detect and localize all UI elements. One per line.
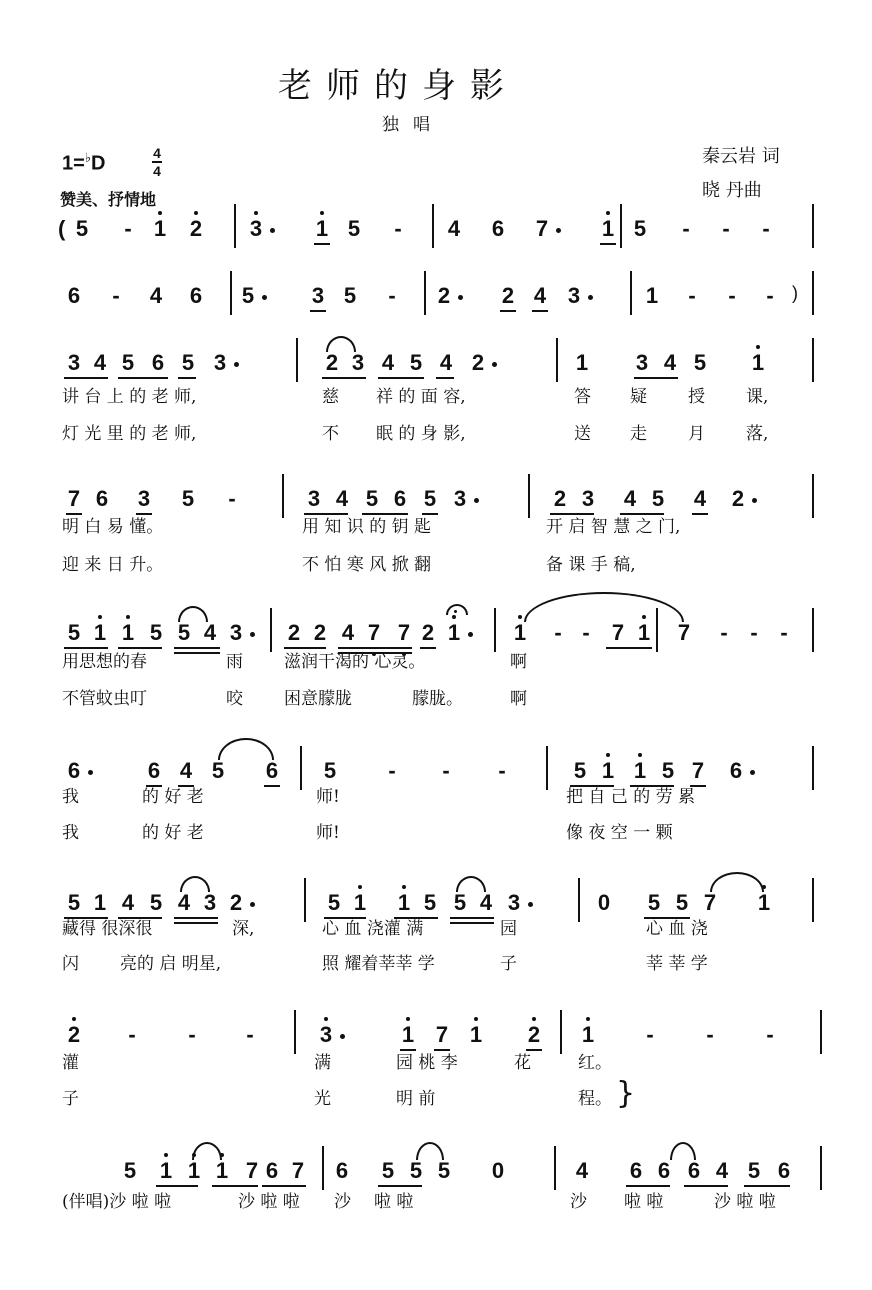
note: 2 [730,488,746,510]
note-digit: 6 [778,1158,790,1183]
lyric-text: 明 白 易 懂。 [62,512,163,537]
lyric-text: 朦胧。 [412,684,463,709]
note-digit: - [682,216,689,241]
note: 2 [312,622,328,644]
note-digit: 3 [320,1022,332,1047]
lyric-text: 沙 [570,1187,587,1212]
note-digit: 6 [68,758,80,783]
note: 1 [600,760,616,782]
eighth-underline [600,243,616,245]
note: 6 [146,760,162,782]
note-digit: 1 [160,1158,172,1183]
note-digit: 1 [752,350,764,375]
note: 1 [400,1024,416,1046]
note-digit: 5 [76,216,88,241]
octave-up-dot [254,211,258,215]
augmentation-dot [474,498,479,503]
note-digit: 1 [470,1022,482,1047]
octave-up-dot [406,1017,410,1021]
note-digit: 1 [316,216,328,241]
note-digit: - [388,283,395,308]
note-digit: 1 [514,620,526,645]
lyric-text: 开 启 智 慧 之 门, [546,512,680,537]
note-digit: 5 [382,1158,394,1183]
note-digit: 1 [582,1022,594,1047]
note-digit: 3 [636,350,648,375]
augmentation-dot [528,902,533,907]
note: 4 [380,352,396,374]
lyric-text: 亮的 启 明星, [120,949,221,974]
note: 1 [186,1160,202,1182]
note-digit: 2 [438,283,450,308]
note-digit: - [388,758,395,783]
octave-up-dot [98,615,102,619]
note: 1 [756,892,772,914]
note-digit: 4 [382,350,394,375]
dash-sustain: - [390,218,406,240]
barline [304,878,306,922]
note-digit: - [442,758,449,783]
note-digit: 6 [266,1158,278,1183]
note-digit: 3 [138,486,150,511]
lyric-text: 慈 [322,382,339,407]
note: 2 [324,352,340,374]
dash-sustain: - [642,1024,658,1046]
slur-arc [710,872,764,892]
barline [270,608,272,652]
note: 5 [66,622,82,644]
note-digit: 6 [152,350,164,375]
note: 5 [572,760,588,782]
note-digit: 6 [68,283,80,308]
octave-up-dot [358,885,362,889]
note: 5 [380,1160,396,1182]
dash-sustain: - [494,760,510,782]
note: 4 [438,352,454,374]
augmentation-dot [250,632,255,637]
note-digit: 4 [178,890,190,915]
note: 2 [526,1024,542,1046]
paren-open: ( [58,216,65,242]
note: 6 [188,285,204,307]
barline [630,271,632,315]
lyric-text: 闪 [62,949,79,974]
note: 4 [714,1160,730,1182]
note: 2 [286,622,302,644]
note-digit: 5 [662,758,674,783]
barline [820,1010,822,1054]
lyric-text: 雨 [226,647,243,672]
note-digit: 1 [398,890,410,915]
note: 3 [248,218,264,240]
note: 3 [506,892,522,914]
note-digit: 3 [230,620,242,645]
barline [528,474,530,518]
lyric-text: 的 好 老 [142,782,204,807]
lyric-text: 备 课 手 稿, [546,550,636,575]
note-digit: 4 [440,350,452,375]
note-digit: - [582,620,589,645]
note: 1 [468,1024,484,1046]
lyric-text: 答 [574,382,591,407]
note: 6 [628,1160,644,1182]
note: 1 [636,622,652,644]
augmentation-dot [270,228,275,233]
lyric-text: 落, [746,419,768,444]
note: 6 [264,1160,280,1182]
note: 4 [574,1160,590,1182]
note: 4 [478,892,494,914]
eighth-underline [314,243,330,245]
slur-arc [416,1142,444,1160]
beam-underline [450,917,494,919]
note: 1 [632,760,648,782]
note: 6 [66,760,82,782]
note: 3 [228,622,244,644]
key-note: D [91,153,105,175]
note-digit: 3 [68,350,80,375]
note: 2 [66,1024,82,1046]
key-signature: 1=♭D [62,150,105,176]
note: 2 [436,285,452,307]
note: 4 [446,218,462,240]
slur-arc [456,876,486,892]
note-digit: 5 [150,890,162,915]
note-digit: 1 [758,890,770,915]
tempo-marking: 赞美、抒情地 [60,187,156,210]
key-prefix: 1= [62,153,85,175]
note-digit: 5 [344,283,356,308]
note: 1 [314,218,330,240]
note-digit: 7 [246,1158,258,1183]
note: 5 [240,285,256,307]
note: 6 [776,1160,792,1182]
dash-sustain: - [224,488,240,510]
lyric-text: 祥 的 面 容, [376,382,466,407]
dash-sustain: - [120,218,136,240]
lyric-text: 照 耀着莘莘 学 [322,949,435,974]
note: 1 [158,1160,174,1182]
beam-underline [606,647,652,649]
note-digit: 5 [648,890,660,915]
lyric-text: 啦 啦 [374,1187,413,1212]
barline [812,608,814,652]
note-digit: 1 [122,620,134,645]
note-digit: 5 [212,758,224,783]
note: 1 [214,1160,230,1182]
dash-sustain: - [762,285,778,307]
note-digit: 3 [312,283,324,308]
note-digit: 4 [694,486,706,511]
note-digit: 4 [716,1158,728,1183]
note: 3 [306,488,322,510]
octave-up-dot [158,211,162,215]
note: 7 [534,218,550,240]
note: 2 [188,218,204,240]
beam-underline [634,377,678,379]
note: 2 [228,892,244,914]
eighth-underline [692,513,708,515]
note: 4 [662,352,678,374]
note-digit: 3 [204,890,216,915]
eighth-underline [500,310,516,312]
note-digit: 7 [292,1158,304,1183]
note-digit: 5 [676,890,688,915]
slur-arc [192,1142,222,1160]
note-digit: 4 [480,890,492,915]
note: 1 [574,352,590,374]
note: 5 [408,1160,424,1182]
note: 2 [500,285,516,307]
note-digit: 5 [68,890,80,915]
note-digit: 6 [492,216,504,241]
octave-up-dot [638,753,642,757]
beam-underline [178,377,196,379]
note: 7 [434,1024,450,1046]
lyric-text: 红。 [578,1048,612,1073]
slur-arc [524,592,684,622]
lyric-text: 沙 [334,1187,351,1212]
note: 3 [566,285,582,307]
barline [546,746,548,790]
lyric-text: 我 [62,818,79,843]
note-digit: 4 [624,486,636,511]
note: 6 [94,488,110,510]
barline [234,204,236,248]
octave-up-dot [518,615,522,619]
augmentation-dot [752,498,757,503]
note-digit: 3 [582,486,594,511]
dash-sustain: - [124,1024,140,1046]
lyric-text: 子 [62,1084,79,1109]
note: 1 [512,622,528,644]
barline [300,746,302,790]
dash-sustain: - [776,622,792,644]
note-digit: 2 [190,216,202,241]
lyric-text: 啊 [510,647,527,672]
note: 5 [646,892,662,914]
note-digit: 7 [692,758,704,783]
note: 7 [610,622,626,644]
dash-sustain: - [718,218,734,240]
note: 7 [66,488,82,510]
octave-up-dot [126,615,130,619]
note: 3 [452,488,468,510]
barline [812,746,814,790]
note: 3 [136,488,152,510]
note-digit: 2 [554,486,566,511]
lyric-text: 送 [574,419,591,444]
note-digit: 2 [528,1022,540,1047]
octave-up-dot [586,1017,590,1021]
lyric-text: 程。 [578,1084,612,1109]
note-digit: 1 [646,283,658,308]
barline [820,1146,822,1190]
note-digit: - [720,620,727,645]
note: 7 [290,1160,306,1182]
note: 4 [148,285,164,307]
note-digit: 6 [730,758,742,783]
lyric-text: 莘 莘 学 [646,949,708,974]
note-digit: - [124,216,131,241]
note: 4 [340,622,356,644]
augmentation-dot [250,902,255,907]
note-digit: 1 [638,620,650,645]
note: 1 [152,218,168,240]
dash-sustain: - [716,622,732,644]
note: 2 [470,352,486,374]
octave-up-dot [452,615,456,619]
note: 4 [334,488,350,510]
dash-sustain: - [724,285,740,307]
note: 3 [318,1024,334,1046]
barline [230,271,232,315]
note-digit: 7 [704,890,716,915]
octave-up-dot [164,1153,168,1157]
lyric-text: 不 [322,419,339,444]
lyricist-credit: 秦云岩 词 [702,142,780,168]
note: 7 [366,622,382,644]
note: 1 [600,218,616,240]
note-digit: - [706,1022,713,1047]
note: 3 [212,352,228,374]
lyric-text: 园 桃 李 [396,1048,458,1073]
augmentation-dot [468,632,473,637]
note-digit: 6 [148,758,160,783]
note-digit: 4 [448,216,460,241]
composer-credit: 晓 丹曲 [702,176,762,202]
note-digit: 2 [732,486,744,511]
note-digit: 5 [410,350,422,375]
beam-underline [436,377,454,379]
note-digit: 4 [576,1158,588,1183]
augmentation-dot [588,295,593,300]
note: 5 [180,352,196,374]
note: 3 [580,488,596,510]
note: 5 [148,622,164,644]
slur-arc [178,606,208,622]
note-digit: - [766,1022,773,1047]
lyric-text: (伴唱)沙 啦 啦 [62,1187,171,1212]
note-digit: - [228,486,235,511]
dash-sustain: - [550,622,566,644]
note-digit: 5 [652,486,664,511]
octave-up-dot [320,211,324,215]
note: 5 [746,1160,762,1182]
note-digit: 1 [188,1158,200,1183]
note-digit: - [766,283,773,308]
note: 1 [580,1024,596,1046]
lyric-text: 像 夜 空 一 颗 [566,818,673,843]
note-digit: - [128,1022,135,1047]
lyric-text: 明 前 [396,1084,435,1109]
eighth-underline [310,310,326,312]
dash-sustain: - [702,1024,718,1046]
note-digit: 2 [230,890,242,915]
lyric-text: 沙 啦 啦 [238,1187,300,1212]
augmentation-dot [262,295,267,300]
dash-sustain: - [684,285,700,307]
lyric-text: 园 [500,914,517,939]
note-digit: - [554,620,561,645]
note: 5 [342,285,358,307]
note-digit: 5 [328,890,340,915]
note-digit: 5 [182,486,194,511]
barline [578,878,580,922]
lyric-text: 眠 的 身 影, [376,419,466,444]
note-digit: 5 [348,216,360,241]
barline [294,1010,296,1054]
note-digit: 1 [602,758,614,783]
note: 4 [178,760,194,782]
note: 6 [686,1160,702,1182]
lyric-text: 授 [688,382,705,407]
dash-sustain: - [384,285,400,307]
note: 3 [310,285,326,307]
beam-underline [64,377,108,379]
note: 4 [92,352,108,374]
augmentation-dot [88,770,93,775]
lyric-text: 藏得 很深很 [62,914,152,939]
note-digit: 5 [424,890,436,915]
note-digit: 5 [454,890,466,915]
note-digit: 7 [368,620,380,645]
augmentation-dot [340,1034,345,1039]
note-digit: 4 [342,620,354,645]
barline [812,878,814,922]
dash-sustain: - [758,218,774,240]
lyric-text: 滋润干渴的 心灵。 [284,647,425,672]
note-digit: - [246,1022,253,1047]
note-digit: 5 [122,350,134,375]
note-digit: 6 [630,1158,642,1183]
note: 0 [596,892,612,914]
note-digit: 2 [502,283,514,308]
note-digit: 3 [508,890,520,915]
note: 3 [350,352,366,374]
note: 5 [436,1160,452,1182]
eighth-underline [532,310,548,312]
note-digit: 5 [410,1158,422,1183]
lyric-text: 师! [316,782,340,807]
time-sig-top: 4 [152,146,162,160]
note-digit: - [688,283,695,308]
lyric-text: 不管蚊虫叮 [62,684,147,709]
note-digit: 3 [568,283,580,308]
note: 6 [728,760,744,782]
octave-up-dot [474,1017,478,1021]
beam-underline [378,377,424,379]
note-digit: 1 [576,350,588,375]
note-digit: - [750,620,757,645]
dash-sustain: - [384,760,400,782]
lyric-text: 疑 [630,382,647,407]
note: 5 [210,760,226,782]
note: 6 [264,760,280,782]
note: 4 [622,488,638,510]
lyric-text: 不 怕 寒 风 掀 翻 [302,550,431,575]
note-digit: 5 [68,620,80,645]
note: 1 [352,892,368,914]
note: 2 [552,488,568,510]
note: 5 [148,892,164,914]
dash-sustain: - [746,622,762,644]
note-digit: 1 [94,890,106,915]
slur-arc [326,336,356,352]
note-digit: 1 [354,890,366,915]
note: 7 [244,1160,260,1182]
note-digit: 4 [336,486,348,511]
